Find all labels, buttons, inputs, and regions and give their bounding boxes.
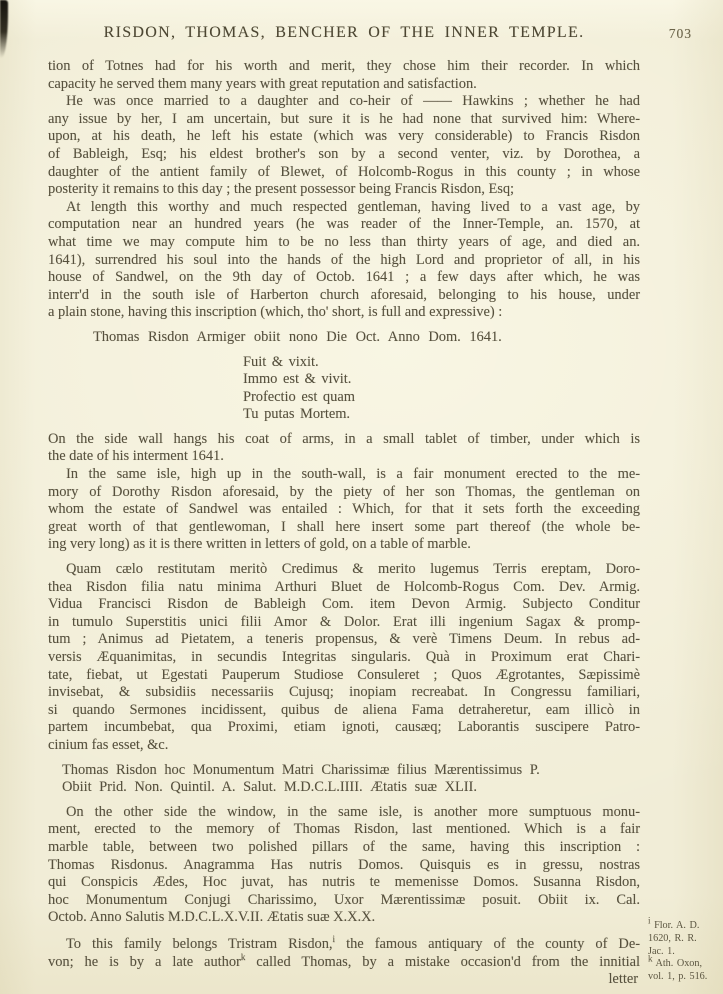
text-line: the date of his interment 1641.: [48, 448, 640, 466]
paragraph-totnes-recorder: tion of Totnes had for his worth and mer…: [48, 58, 640, 93]
text-line: Thomas Risdon hoc Monumentum Matri Chari…: [62, 762, 640, 780]
running-title: RISDON, THOMAS, BENCHER OF THE INNER TEM…: [48, 24, 640, 42]
text-line: tion of Totnes had for his worth and mer…: [48, 58, 640, 76]
tomb-inscription-line: Thomas Risdon Armiger obiit nono Die Oct…: [93, 329, 640, 347]
paragraph-thomas-monument: On the other side the window, in the sam…: [48, 804, 640, 927]
text-line: whom the estate of Sandwel was entailed …: [48, 501, 640, 519]
text-line: 1641), surrendred his soul into the hand…: [48, 252, 640, 270]
text-line: upon, at his death, he left his estate (…: [48, 128, 640, 146]
text-line: vol. 1, p. 516.: [648, 971, 723, 984]
paragraph-tristram-risdon: To this family belongs Tristram Risdon,i…: [48, 936, 640, 989]
text-line: Octob. Anno Salutis M.D.C.L.X.V.II. Ætat…: [48, 909, 640, 927]
book-page: RISDON, THOMAS, BENCHER OF THE INNER TEM…: [0, 0, 723, 994]
text-line: Thomas Risdonus. Anagramma Has nutris Do…: [48, 857, 640, 875]
paragraph-death-burial: At length this worthy and much respected…: [48, 199, 640, 322]
text-line: marble table, between two polished pilla…: [48, 839, 640, 857]
scan-edge-artifact: [0, 0, 8, 58]
paragraph-coat-of-arms: On the side wall hangs his coat of arms,…: [48, 431, 640, 466]
text-line: Quam cælo restitutam meritò Credimus & m…: [48, 561, 640, 579]
latin-epitaph-verse: Fuit & vixit.Immo est & vivit.Profectio …: [243, 354, 640, 424]
text-line: computation near an hundred years (he wa…: [48, 216, 640, 234]
text-line: Fuit & vixit.: [243, 354, 640, 372]
text-line: posterity it remains to this day ; the p…: [48, 181, 640, 199]
text-line: mory of Dorothy Risdon aforesaid, by the…: [48, 484, 640, 502]
text-line: partem incumbebat, qua Proximi, etiam ig…: [48, 719, 640, 737]
page-header: RISDON, THOMAS, BENCHER OF THE INNER TEM…: [48, 24, 640, 44]
text-line: thea Risdon filia natu minima Arthuri Bl…: [48, 579, 640, 597]
text-line: what time we may compute him to be no le…: [48, 234, 640, 252]
text-line: In the same isle, high up in the south-w…: [48, 466, 640, 484]
text-line: great worth of that gentlewoman, I shall…: [48, 519, 640, 537]
text-line: Vidua Francisci Risdon de Bableigh Com. …: [48, 596, 640, 614]
text-line: To this family belongs Tristram Risdon,i…: [48, 936, 640, 954]
text-line: On the other side the window, in the sam…: [48, 804, 640, 822]
text-line: in tumulo Superstitis unici filii Amor &…: [48, 614, 640, 632]
text-line: At length this worthy and much respected…: [48, 199, 640, 217]
text-line: interr'd in the south isle of Harberton …: [48, 287, 640, 305]
text-column: tion of Totnes had for his worth and mer…: [48, 58, 640, 989]
text-line: Immo est & vivit.: [243, 371, 640, 389]
paragraph-tristram-lines: To this family belongs Tristram Risdon,i…: [48, 936, 640, 971]
text-line: of Bableigh, Esq; his eldest brother's s…: [48, 146, 640, 164]
text-line: k Ath. Oxon,: [648, 958, 723, 971]
text-line: invisebat, & subsidiis necessariis Cujus…: [48, 684, 640, 702]
text-line: Jac. 1.: [648, 946, 723, 959]
text-line: i Flor. A. D.: [648, 920, 723, 933]
text-line: si quando Sermones incidissent, quibus d…: [48, 702, 640, 720]
text-line: He was once married to a daughter and co…: [48, 93, 640, 111]
text-line: Obiit Prid. Non. Quintil. A. Salut. M.D.…: [62, 779, 640, 797]
page-number: 703: [669, 26, 692, 42]
text-line: tum ; Animus ad Pietatem, a teneris prop…: [48, 631, 640, 649]
text-line: On the side wall hangs his coat of arms,…: [48, 431, 640, 449]
text-line: tate, fiebat, ut Egestati Pauperum Studi…: [48, 667, 640, 685]
text-line: cinium fas esset, &c.: [48, 737, 640, 755]
latin-monument-text: Quam cælo restitutam meritò Credimus & m…: [48, 561, 640, 755]
text-line: a plain stone, having this inscription (…: [48, 304, 640, 322]
text-line: ing very long) as it is there written in…: [48, 536, 640, 554]
text-line: qui Conspicis Ædes, Hoc juvat, has nutri…: [48, 874, 640, 892]
paragraph-dorothy-monument: In the same isle, high up in the south-w…: [48, 466, 640, 554]
text-line: any issue by her, I am uncertain, but su…: [48, 111, 640, 129]
text-line: house of Sandwel, on the 9th day of Octo…: [48, 269, 640, 287]
text-line: von; he is by a late authork called Thom…: [48, 954, 640, 972]
text-line: Tu putas Mortem.: [243, 406, 640, 424]
text-line: capacity he served them many years with …: [48, 76, 640, 94]
monument-dedication-lines: Thomas Risdon hoc Monumentum Matri Chari…: [62, 762, 640, 797]
text-line: ment, erected to the memory of Thomas Ri…: [48, 821, 640, 839]
margin-footnotes: i Flor. A. D.1620, R. R.Jac. 1.k Ath. Ox…: [648, 920, 723, 984]
text-line: 1620, R. R.: [648, 933, 723, 946]
text-line: versis Æquanimitas, in secundis Integrit…: [48, 649, 640, 667]
carryover-word: letter: [48, 971, 640, 989]
text-line: hoc Monumentum Conjugi Charissimo, Uxor …: [48, 892, 640, 910]
text-line: daughter of the antient family of Blewet…: [48, 164, 640, 182]
paragraph-marriage-estate: He was once married to a daughter and co…: [48, 93, 640, 199]
text-line: Thomas Risdon Armiger obiit nono Die Oct…: [93, 329, 640, 347]
text-line: Profectio est quam: [243, 389, 640, 407]
